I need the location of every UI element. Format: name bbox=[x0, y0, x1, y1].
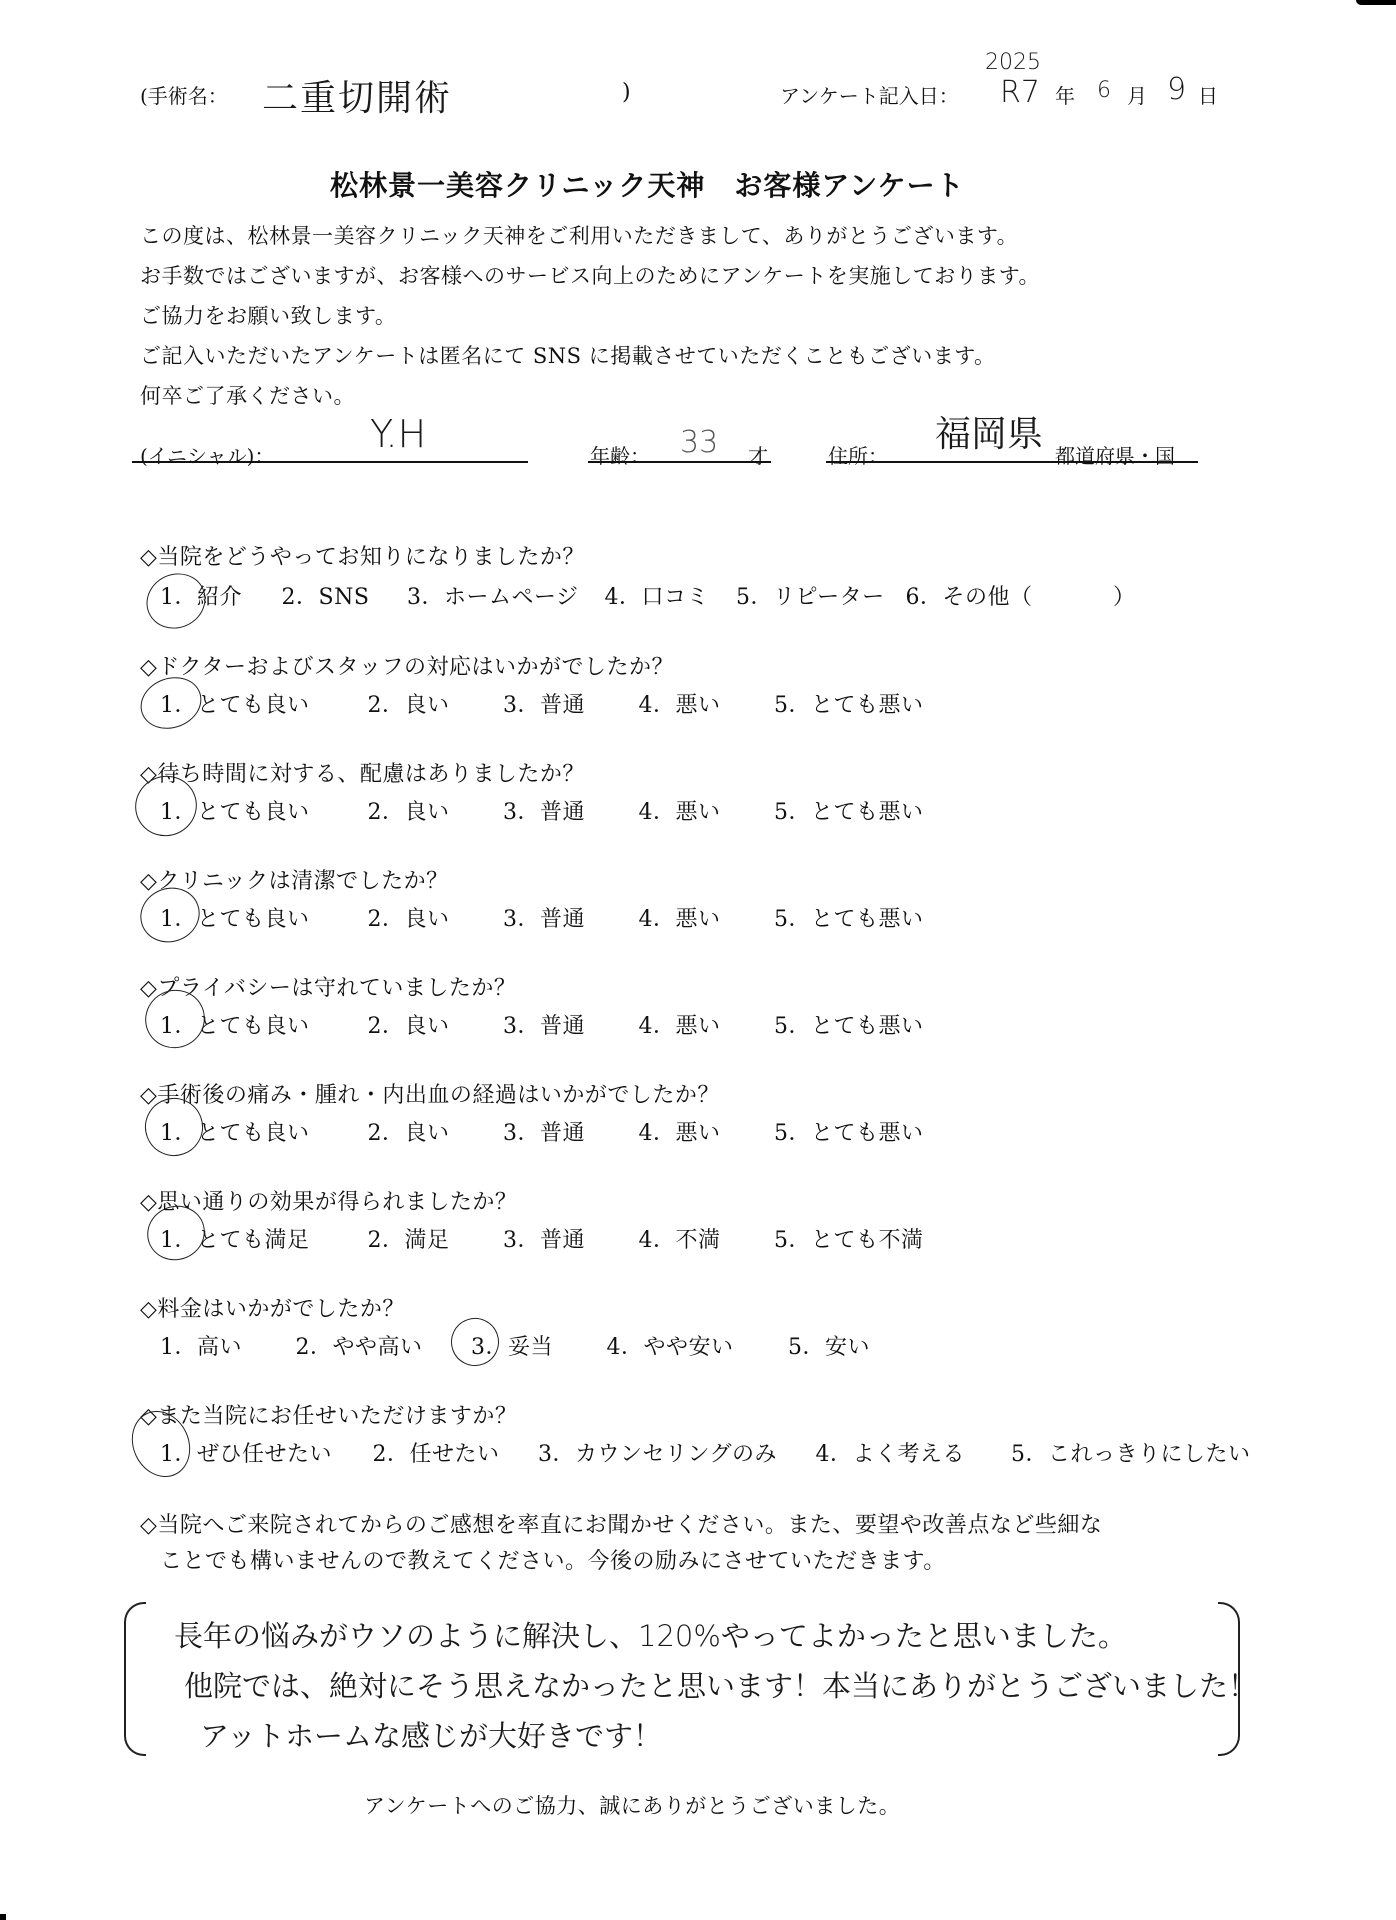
surgery-name-field[interactable]: 二重切開術 bbox=[262, 70, 452, 121]
option-5[interactable]: 5．とても悪い bbox=[774, 795, 924, 826]
question-label: ◇思い通りの効果が得られましたか？ bbox=[140, 1185, 517, 1216]
option-2[interactable]: 2．良い bbox=[368, 1116, 496, 1147]
address-field[interactable]: 福岡県 bbox=[935, 406, 1043, 457]
answer-options: 1．紹介 2．SNS 3．ホームページ 4．口コミ 5．リピーター 6．その他（… bbox=[160, 580, 1136, 611]
page-title: 松林景一美容クリニック天神 お客様アンケート bbox=[330, 164, 965, 204]
option-4[interactable]: 4．やや安い bbox=[607, 1330, 781, 1361]
month-label: 月 bbox=[1127, 80, 1147, 109]
address-underline bbox=[826, 461, 1198, 463]
option-3[interactable]: 3．ホームページ bbox=[407, 580, 597, 611]
scan-corner-artifact-bottom-left bbox=[0, 1914, 6, 1920]
selected-answer-circle bbox=[137, 564, 214, 638]
intro-line: お手数ではございますが、お客様へのサービス向上のためにアンケートを実施しておりま… bbox=[140, 260, 1040, 290]
answer-options: 1．とても良い 2．良い 3．普通 4．悪い 5．とても悪い bbox=[160, 1116, 924, 1147]
comment-text-line: 長年の悩みがウソのように解決し、120%やってよかったと思いました。 bbox=[174, 1614, 1127, 1655]
option-2[interactable]: 2．良い bbox=[368, 688, 496, 719]
option-6[interactable]: 6．その他（ bbox=[906, 580, 1106, 611]
comment-box-left-bracket bbox=[124, 1602, 146, 1756]
option-3[interactable]: 3．普通 bbox=[503, 902, 631, 933]
date-label: アンケート記入日： bbox=[780, 80, 959, 109]
address-unit: 都道府県・国 bbox=[1055, 440, 1175, 469]
option-3[interactable]: 3．カウンセリングのみ bbox=[538, 1437, 808, 1468]
option-5[interactable]: 5．とても悪い bbox=[774, 1009, 924, 1040]
comment-text-line: アットホームな感じが大好きです！ bbox=[200, 1714, 662, 1755]
answer-options: 1．とても良い 2．良い 3．普通 4．悪い 5．とても悪い bbox=[160, 902, 924, 933]
option-4[interactable]: 4．悪い bbox=[639, 902, 767, 933]
option-5[interactable]: 5．とても悪い bbox=[774, 902, 924, 933]
date-year-field[interactable]: R7 bbox=[1000, 75, 1040, 110]
footer-thanks: アンケートへのご協力、誠にありがとうございました。 bbox=[364, 1790, 900, 1820]
comment-text-line: 他院では、絶対にそう思えなかったと思います！本当にありがとうございました！ bbox=[184, 1664, 1257, 1705]
option-4[interactable]: 4．よく考える bbox=[816, 1437, 1004, 1468]
option-2[interactable]: 2．やや高い bbox=[296, 1330, 464, 1361]
option-5[interactable]: 5．安い bbox=[788, 1330, 870, 1361]
option-4[interactable]: 4．口コミ bbox=[605, 580, 729, 611]
option-5[interactable]: 5．これっきりにしたい bbox=[1011, 1437, 1251, 1468]
day-label: 日 bbox=[1198, 80, 1218, 109]
option-3[interactable]: 3．普通 bbox=[503, 1116, 631, 1147]
option-2[interactable]: 2．満足 bbox=[368, 1223, 496, 1254]
comment-prompt-line: ことでも構いませんので教えてください。今後の励みにさせていただきます。 bbox=[160, 1544, 946, 1575]
address-label: 住所： bbox=[828, 440, 888, 469]
scan-corner-artifact-top-right bbox=[1356, 0, 1396, 5]
answer-options: 1．とても満足 2．満足 3．普通 4．不満 5．とても不満 bbox=[160, 1223, 924, 1254]
comment-prompt-line: ◇当院へご来院されてからのご感想を率直にお聞かせください。また、要望や改善点など… bbox=[140, 1508, 1102, 1539]
intro-line: ご記入いただいたアンケートは匿名にて SNS に掲載させていただくこともございま… bbox=[140, 340, 996, 370]
option-2[interactable]: 2．良い bbox=[368, 902, 496, 933]
age-field[interactable]: 33 bbox=[680, 425, 718, 460]
surgery-close-paren: ) bbox=[622, 80, 631, 105]
intro-line: 何卒ご了承ください。 bbox=[140, 380, 355, 410]
initial-label: (イニシャル)： bbox=[140, 440, 274, 469]
surgery-label: (手術名： bbox=[140, 80, 228, 109]
question-label: ◇手術後の痛み・腫れ・内出血の経過はいかがでしたか？ bbox=[140, 1078, 720, 1109]
option-2[interactable]: 2．SNS bbox=[282, 580, 400, 611]
date-day-field[interactable]: 9 bbox=[1167, 72, 1186, 107]
option-5[interactable]: 5．とても不満 bbox=[774, 1223, 924, 1254]
question-label: ◇また当院にお任せいただけますか？ bbox=[140, 1399, 517, 1430]
question-label: ◇ドクターおよびスタッフの対応はいかがでしたか？ bbox=[140, 650, 674, 681]
intro-line: この度は、松林景一美容クリニック天神をご利用いただきまして、ありがとうございます… bbox=[140, 220, 1018, 250]
option-4[interactable]: 4．悪い bbox=[639, 1116, 767, 1147]
option-2[interactable]: 2．良い bbox=[368, 795, 496, 826]
year-label: 年 bbox=[1055, 80, 1075, 109]
option-3[interactable]: 3．普通 bbox=[503, 795, 631, 826]
answer-options: 1．とても良い 2．良い 3．普通 4．悪い 5．とても悪い bbox=[160, 795, 924, 826]
date-month-field[interactable]: 6 bbox=[1097, 78, 1111, 103]
option-2[interactable]: 2．任せたい bbox=[373, 1437, 531, 1468]
option-4[interactable]: 4．不満 bbox=[639, 1223, 767, 1254]
question-label: ◇当院をどうやってお知りになりましたか？ bbox=[140, 540, 585, 571]
comment-box[interactable]: 長年の悩みがウソのように解決し、120%やってよかったと思いました。 他院では、… bbox=[124, 1602, 1240, 1752]
age-unit: 才 bbox=[748, 440, 768, 469]
option-2[interactable]: 2．良い bbox=[368, 1009, 496, 1040]
option-6-close: ） bbox=[1113, 580, 1136, 611]
initial-field[interactable]: Y.H bbox=[370, 412, 426, 456]
option-4[interactable]: 4．悪い bbox=[639, 1009, 767, 1040]
age-label: 年齢： bbox=[590, 440, 650, 469]
option-5[interactable]: 5．リピーター bbox=[736, 580, 898, 611]
option-5[interactable]: 5．とても悪い bbox=[774, 1116, 924, 1147]
option-3[interactable]: 3．普通 bbox=[503, 1009, 631, 1040]
option-4[interactable]: 4．悪い bbox=[639, 795, 767, 826]
date-year-note: 2025 bbox=[985, 50, 1041, 75]
intro-line: ご協力をお願い致します。 bbox=[140, 300, 396, 330]
question-label: ◇料金はいかがでしたか？ bbox=[140, 1292, 405, 1323]
answer-options: 1．とても良い 2．良い 3．普通 4．悪い 5．とても悪い bbox=[160, 1009, 924, 1040]
option-1[interactable]: 1．ぜひ任せたい bbox=[160, 1437, 365, 1468]
age-underline bbox=[588, 461, 771, 463]
answer-options: 1．とても良い 2．良い 3．普通 4．悪い 5．とても悪い bbox=[160, 688, 924, 719]
option-3[interactable]: 3．普通 bbox=[503, 688, 631, 719]
option-5[interactable]: 5．とても悪い bbox=[774, 688, 924, 719]
option-3[interactable]: 3．普通 bbox=[503, 1223, 631, 1254]
answer-options: 1．ぜひ任せたい 2．任せたい 3．カウンセリングのみ 4．よく考える 5．これ… bbox=[160, 1437, 1251, 1468]
option-1[interactable]: 1．高い bbox=[160, 1330, 288, 1361]
option-4[interactable]: 4．悪い bbox=[639, 688, 767, 719]
initial-underline bbox=[132, 461, 528, 463]
answer-options: 1．高い 2．やや高い 3．妥当 4．やや安い 5．安い bbox=[160, 1330, 870, 1361]
selected-answer-circle bbox=[444, 1311, 506, 1373]
question-label: ◇待ち時間に対する、配慮はありましたか？ bbox=[140, 757, 585, 788]
